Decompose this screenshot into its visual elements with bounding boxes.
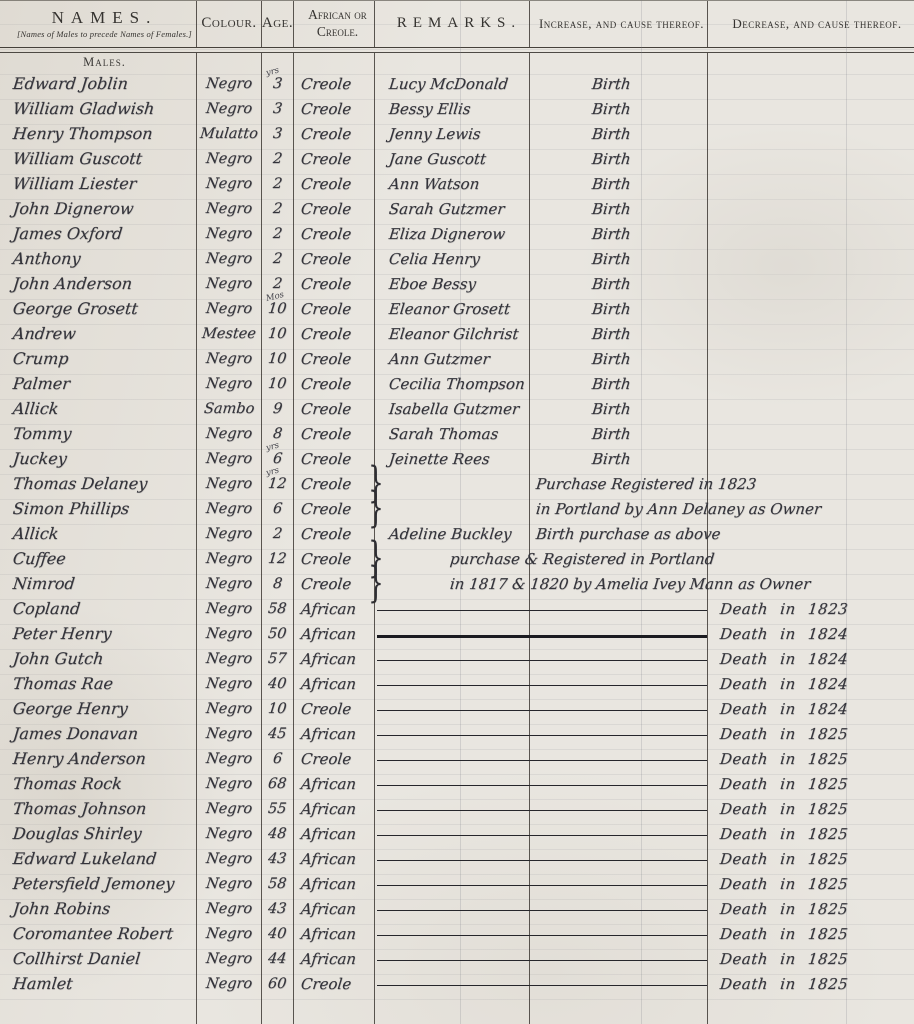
table-row: Juckey Negro yrs6 Creole Jeinette Rees B… <box>0 446 914 471</box>
increase-cell <box>530 871 708 896</box>
increase-cell: Birth <box>530 96 708 121</box>
remarks-value: Eliza Dignerow <box>388 225 506 243</box>
origin-cell: African <box>294 921 375 946</box>
origin-value: Creole <box>300 350 352 368</box>
origin-value: African <box>300 625 357 643</box>
colour-cell: Negro <box>197 96 262 121</box>
age-value: 2 <box>272 226 283 242</box>
origin-value: African <box>300 900 357 918</box>
table-row: Cuffee Negro 12 Creole } purchase & Regi… <box>0 546 914 571</box>
remarks-cell <box>375 921 530 946</box>
origin-cell: African <box>294 596 375 621</box>
colour-cell: Negro <box>197 246 262 271</box>
age-value: 10 <box>267 701 287 717</box>
increase-cell: Birth <box>530 146 708 171</box>
remarks-cell <box>375 696 530 721</box>
decrease-value: Death in 1825 <box>719 775 849 793</box>
decrease-cell <box>708 196 914 221</box>
decrease-cell: Death in 1825 <box>708 946 914 971</box>
person-name: Collhirst Daniel <box>12 949 141 968</box>
decrease-cell <box>708 396 914 421</box>
table-row: Douglas Shirley Negro 48 African Death i… <box>0 821 914 846</box>
remarks-cell: Isabella Gutzmer <box>375 396 530 421</box>
age-cell: 55 <box>262 796 294 821</box>
increase-cell: Birth <box>530 71 708 96</box>
age-value: 44 <box>267 951 287 967</box>
increase-value: Birth purchase as above <box>535 525 721 543</box>
origin-cell: African <box>294 896 375 921</box>
age-cell: Mos10 <box>262 296 294 321</box>
blank-strike-line <box>377 660 707 661</box>
colour-cell: Negro <box>197 696 262 721</box>
age-cell: yrs3 <box>262 71 294 96</box>
colour-cell: Negro <box>197 971 262 996</box>
table-row: John Robins Negro 43 African Death in 18… <box>0 896 914 921</box>
header-remarks: REMARKS. <box>375 1 530 47</box>
origin-value: Creole <box>300 75 352 93</box>
age-cell: 10 <box>262 346 294 371</box>
origin-cell: African <box>294 671 375 696</box>
colour-value: Negro <box>205 151 253 167</box>
colour-cell: Mestee <box>197 321 262 346</box>
table-row: John Gutch Negro 57 African Death in 182… <box>0 646 914 671</box>
origin-value: Creole <box>300 450 352 468</box>
table-row: Simon Phillips Negro 6 Creole } in Portl… <box>0 496 914 521</box>
decrease-cell <box>708 571 914 596</box>
empty-cell <box>530 53 708 71</box>
colour-cell: Negro <box>197 896 262 921</box>
name-cell: Simon Phillips <box>0 496 197 521</box>
origin-value: Creole <box>300 250 352 268</box>
colour-cell: Negro <box>197 621 262 646</box>
colour-value: Negro <box>205 376 253 392</box>
table-row: James Oxford Negro 2 Creole Eliza Digner… <box>0 221 914 246</box>
origin-value: Creole <box>300 400 352 418</box>
origin-value: Creole <box>300 125 352 143</box>
remarks-cell: Bessy Ellis <box>375 96 530 121</box>
decrease-cell: Death in 1825 <box>708 846 914 871</box>
colour-value: Negro <box>205 101 253 117</box>
blank-strike-line <box>377 885 707 886</box>
increase-value: Birth <box>535 100 632 118</box>
remarks-value: Adeline Buckley <box>388 525 512 543</box>
age-cell: 48 <box>262 821 294 846</box>
person-name: Tommy <box>12 424 72 443</box>
origin-cell <box>294 996 375 1024</box>
age-cell: 6 <box>262 496 294 521</box>
age-value: 10 <box>267 376 287 392</box>
decrease-cell <box>708 121 914 146</box>
increase-value: Birth <box>535 350 632 368</box>
person-name: Juckey <box>12 449 68 468</box>
increase-cell <box>530 621 708 646</box>
person-name: William Gladwish <box>12 99 155 118</box>
origin-value: Creole <box>300 300 352 318</box>
age-cell: yrs12 <box>262 471 294 496</box>
age-value: 3 <box>272 76 283 92</box>
decrease-cell: Death in 1824 <box>708 621 914 646</box>
colour-cell <box>197 996 262 1024</box>
header-age-label: Age. <box>262 15 293 32</box>
filler-row <box>0 996 914 1024</box>
remarks-value: Bessy Ellis <box>388 100 471 118</box>
person-name: Coromantee Robert <box>12 924 174 943</box>
name-cell: George Grosett <box>0 296 197 321</box>
remarks-cell <box>375 746 530 771</box>
origin-cell: African <box>294 846 375 871</box>
pencil-guide-line <box>641 0 642 1024</box>
decrease-cell: Death in 1823 <box>708 596 914 621</box>
name-cell: Palmer <box>0 371 197 396</box>
person-name: Nimrod <box>12 574 76 593</box>
origin-value: Creole <box>300 375 352 393</box>
origin-cell: Creole <box>294 546 375 571</box>
increase-value: Birth <box>535 300 632 318</box>
age-cell: 57 <box>262 646 294 671</box>
age-cell: 2 <box>262 521 294 546</box>
origin-value: Creole <box>300 500 352 518</box>
remarks-value: Eleanor Grosett <box>388 300 511 318</box>
origin-cell: African <box>294 646 375 671</box>
name-cell: George Henry <box>0 696 197 721</box>
colour-cell: Negro <box>197 471 262 496</box>
remarks-cell <box>375 671 530 696</box>
age-cell: 10 <box>262 321 294 346</box>
colour-cell: Negro <box>197 346 262 371</box>
name-cell: Cuffee <box>0 546 197 571</box>
table-row: Collhirst Daniel Negro 44 African Death … <box>0 946 914 971</box>
increase-value: Birth <box>535 275 632 293</box>
colour-value: Negro <box>205 601 253 617</box>
origin-value: Creole <box>300 425 352 443</box>
age-value: 45 <box>267 726 287 742</box>
name-cell: Hamlet <box>0 971 197 996</box>
origin-cell: Creole <box>294 96 375 121</box>
origin-cell: Creole <box>294 346 375 371</box>
increase-cell: Birth <box>530 246 708 271</box>
name-cell <box>0 996 197 1024</box>
age-cell: 60 <box>262 971 294 996</box>
decrease-value: Death in 1825 <box>719 750 849 768</box>
person-name: Allick <box>12 399 60 418</box>
name-cell: Petersfield Jemoney <box>0 871 197 896</box>
decrease-cell: Death in 1825 <box>708 871 914 896</box>
table-row: Henry Anderson Negro 6 Creole Death in 1… <box>0 746 914 771</box>
origin-cell: Creole <box>294 696 375 721</box>
remarks-cell <box>375 846 530 871</box>
remarks-cell <box>375 971 530 996</box>
colour-value: Negro <box>205 451 253 467</box>
remarks-cell <box>375 896 530 921</box>
increase-value: Birth <box>535 125 632 143</box>
decrease-cell <box>708 521 914 546</box>
colour-value: Mulatto <box>199 126 259 142</box>
increase-cell: Birth <box>530 196 708 221</box>
age-value: 8 <box>272 426 283 442</box>
origin-cell: Creole <box>294 421 375 446</box>
remarks-value: Ann Gutzmer <box>388 350 491 368</box>
origin-cell: Creole <box>294 121 375 146</box>
person-name: Allick <box>12 524 60 543</box>
origin-value: African <box>300 850 357 868</box>
age-cell: 2 <box>262 146 294 171</box>
person-name: Edward Lukeland <box>12 849 157 868</box>
origin-cell: Creole <box>294 146 375 171</box>
age-value: 6 <box>272 751 283 767</box>
person-name: Thomas Rock <box>12 774 123 793</box>
table-row: Edward Joblin Negro yrs3 Creole Lucy McD… <box>0 71 914 96</box>
origin-value: African <box>300 775 357 793</box>
remarks-cell: Eliza Dignerow <box>375 221 530 246</box>
header-names: NAMES. [Names of Males to precede Names … <box>0 1 197 47</box>
increase-cell: Birth <box>530 446 708 471</box>
age-cell: 68 <box>262 771 294 796</box>
decrease-value: Death in 1825 <box>719 725 849 743</box>
remarks-cell: Sarah Gutzmer <box>375 196 530 221</box>
remarks-value: Sarah Thomas <box>388 425 499 443</box>
increase-value: Birth <box>535 75 632 93</box>
remarks-cell: } <box>375 496 530 521</box>
header-colour-label: Colour. <box>201 15 256 32</box>
blank-strike-line <box>377 935 707 936</box>
table-row: Palmer Negro 10 Creole Cecilia Thompson … <box>0 371 914 396</box>
table-row: George Grosett Negro Mos10 Creole Eleano… <box>0 296 914 321</box>
table-row: Coromantee Robert Negro 40 African Death… <box>0 921 914 946</box>
colour-value: Negro <box>205 676 253 692</box>
age-value: 57 <box>267 651 287 667</box>
remarks-cell: Jane Guscott <box>375 146 530 171</box>
remarks-cell <box>375 821 530 846</box>
origin-value: Creole <box>300 175 352 193</box>
age-cell: 2 <box>262 221 294 246</box>
origin-value: African <box>300 650 357 668</box>
section-label-cell: Males. <box>0 53 197 71</box>
remarks-value: Sarah Gutzmer <box>388 200 506 218</box>
origin-cell: African <box>294 796 375 821</box>
age-value: 8 <box>272 576 283 592</box>
remarks-cell: Lucy McDonald <box>375 71 530 96</box>
age-cell: 2 <box>262 246 294 271</box>
origin-value: African <box>300 875 357 893</box>
decrease-cell <box>708 546 914 571</box>
pencil-guide-line <box>460 0 461 1024</box>
colour-cell: Negro <box>197 496 262 521</box>
colour-cell: Negro <box>197 221 262 246</box>
person-name: John Robins <box>12 899 111 918</box>
increase-cell: Birth <box>530 296 708 321</box>
header-age: Age. <box>262 1 294 47</box>
blank-strike-line <box>377 835 707 836</box>
age-value: 3 <box>272 126 283 142</box>
table-row: James Donavan Negro 45 African Death in … <box>0 721 914 746</box>
decrease-value: Death in 1825 <box>719 950 849 968</box>
name-cell: William Guscott <box>0 146 197 171</box>
table-row: Tommy Negro 8 Creole Sarah Thomas Birth <box>0 421 914 446</box>
colour-cell: Negro <box>197 671 262 696</box>
name-cell: Edward Joblin <box>0 71 197 96</box>
age-value: 2 <box>272 201 283 217</box>
age-cell: 2 <box>262 196 294 221</box>
colour-value: Negro <box>205 651 253 667</box>
increase-value: Birth <box>535 225 632 243</box>
origin-cell: Creole <box>294 746 375 771</box>
colour-value: Negro <box>205 426 253 442</box>
age-value: 48 <box>267 826 287 842</box>
person-name: George Henry <box>12 699 129 718</box>
remarks-cell <box>375 946 530 971</box>
header-decrease: Decrease, and cause thereof. <box>708 1 914 47</box>
colour-value: Negro <box>205 176 253 192</box>
increase-cell <box>530 821 708 846</box>
origin-cell: Creole <box>294 446 375 471</box>
table-row: Thomas Delaney Negro yrs12 Creole } Purc… <box>0 471 914 496</box>
increase-cell: Birth purchase as above <box>530 521 708 546</box>
person-name: John Gutch <box>12 649 105 668</box>
colour-cell: Negro <box>197 746 262 771</box>
age-cell: 8 <box>262 571 294 596</box>
remarks-value: Eleanor Gilchrist <box>388 325 519 343</box>
increase-cell <box>530 971 708 996</box>
name-cell: Crump <box>0 346 197 371</box>
table-row: Hamlet Negro 60 Creole Death in 1825 <box>0 971 914 996</box>
table-row: Allick Sambo 9 Creole Isabella Gutzmer B… <box>0 396 914 421</box>
origin-value: African <box>300 675 357 693</box>
colour-value: Negro <box>205 251 253 267</box>
colour-value: Negro <box>205 901 253 917</box>
age-cell: 9 <box>262 396 294 421</box>
header-increase-label: Increase, and cause thereof. <box>539 17 704 32</box>
person-name: William Guscott <box>12 149 143 168</box>
name-cell: Peter Henry <box>0 621 197 646</box>
person-name: Palmer <box>12 374 71 393</box>
age-value: 10 <box>267 301 287 317</box>
age-cell: 10 <box>262 371 294 396</box>
colour-cell: Negro <box>197 921 262 946</box>
age-cell <box>262 996 294 1024</box>
age-cell: 40 <box>262 671 294 696</box>
table-row: John Anderson Negro 2 Creole Eboe Bessy … <box>0 271 914 296</box>
colour-cell: Negro <box>197 871 262 896</box>
person-name: James Donavan <box>12 724 139 743</box>
decrease-cell: Death in 1825 <box>708 821 914 846</box>
increase-cell <box>530 721 708 746</box>
increase-cell: Birth <box>530 396 708 421</box>
person-name: Copland <box>12 599 81 618</box>
name-cell: Edward Lukeland <box>0 846 197 871</box>
blank-strike-line <box>377 860 707 861</box>
increase-cell <box>530 671 708 696</box>
remarks-value: Isabella Gutzmer <box>388 400 520 418</box>
age-value: 2 <box>272 151 283 167</box>
table-row: Andrew Mestee 10 Creole Eleanor Gilchris… <box>0 321 914 346</box>
remarks-cell <box>375 996 530 1024</box>
blank-strike-line <box>377 735 707 736</box>
age-cell: 12 <box>262 546 294 571</box>
colour-cell: Negro <box>197 146 262 171</box>
age-value: 6 <box>272 451 283 467</box>
table-row: William Liester Negro 2 Creole Ann Watso… <box>0 171 914 196</box>
age-cell: 43 <box>262 896 294 921</box>
origin-value: Creole <box>300 575 352 593</box>
colour-value: Negro <box>205 726 253 742</box>
decrease-value: Death in 1825 <box>719 800 849 818</box>
increase-value: purchase & Registered in Portland <box>449 550 715 568</box>
table-header: NAMES. [Names of Males to precede Names … <box>0 0 914 47</box>
person-name: Andrew <box>12 324 77 343</box>
colour-cell: Negro <box>197 71 262 96</box>
colour-cell: Negro <box>197 271 262 296</box>
decrease-cell <box>708 246 914 271</box>
blank-strike-line <box>377 635 707 638</box>
colour-value: Negro <box>205 276 253 292</box>
age-value: 2 <box>272 526 283 542</box>
origin-cell: Creole <box>294 271 375 296</box>
age-value: 10 <box>267 351 287 367</box>
origin-value: Creole <box>300 700 352 718</box>
table-row: William Guscott Negro 2 Creole Jane Gusc… <box>0 146 914 171</box>
colour-value: Negro <box>205 851 253 867</box>
remarks-cell: Eleanor Grosett <box>375 296 530 321</box>
section-label: Males. <box>13 55 196 70</box>
origin-cell: African <box>294 621 375 646</box>
increase-cell: in Portland by Ann Delaney as Owner <box>530 496 708 521</box>
origin-value: Creole <box>300 225 352 243</box>
blank-strike-line <box>377 960 707 961</box>
origin-cell: Creole <box>294 471 375 496</box>
register-scan-page: NAMES. [Names of Males to precede Names … <box>0 0 914 1024</box>
origin-cell: African <box>294 771 375 796</box>
name-cell: Collhirst Daniel <box>0 946 197 971</box>
increase-cell <box>530 946 708 971</box>
remarks-cell <box>375 721 530 746</box>
remarks-cell: Ann Gutzmer <box>375 346 530 371</box>
colour-cell: Negro <box>197 821 262 846</box>
increase-cell <box>530 646 708 671</box>
increase-cell <box>530 796 708 821</box>
person-name: Hamlet <box>12 974 74 993</box>
origin-cell: Creole <box>294 296 375 321</box>
name-cell: Thomas Johnson <box>0 796 197 821</box>
pencil-guide-line <box>846 0 847 1024</box>
remarks-cell: Eboe Bessy <box>375 271 530 296</box>
colour-value: Negro <box>205 776 253 792</box>
colour-cell: Negro <box>197 546 262 571</box>
person-name: Cuffee <box>12 549 67 568</box>
colour-value: Negro <box>205 551 253 567</box>
decrease-cell <box>708 171 914 196</box>
remarks-cell <box>375 646 530 671</box>
age-value: 43 <box>267 901 287 917</box>
decrease-cell: Death in 1825 <box>708 971 914 996</box>
colour-cell: Negro <box>197 571 262 596</box>
blank-strike-line <box>377 810 707 811</box>
empty-cell <box>294 53 375 71</box>
person-name: James Oxford <box>12 224 123 243</box>
origin-value: Creole <box>300 275 352 293</box>
age-value: 2 <box>272 251 283 267</box>
colour-cell: Negro <box>197 721 262 746</box>
origin-value: Creole <box>300 750 352 768</box>
increase-cell: Birth <box>530 421 708 446</box>
table-row: Thomas Johnson Negro 55 African Death in… <box>0 796 914 821</box>
remarks-cell: Adeline Buckley <box>375 521 530 546</box>
section-label-row: Males. <box>0 53 914 71</box>
name-cell: Anthony <box>0 246 197 271</box>
empty-cell <box>197 53 262 71</box>
age-cell: 40 <box>262 921 294 946</box>
remarks-value: Celia Henry <box>388 250 481 268</box>
colour-cell: Negro <box>197 171 262 196</box>
